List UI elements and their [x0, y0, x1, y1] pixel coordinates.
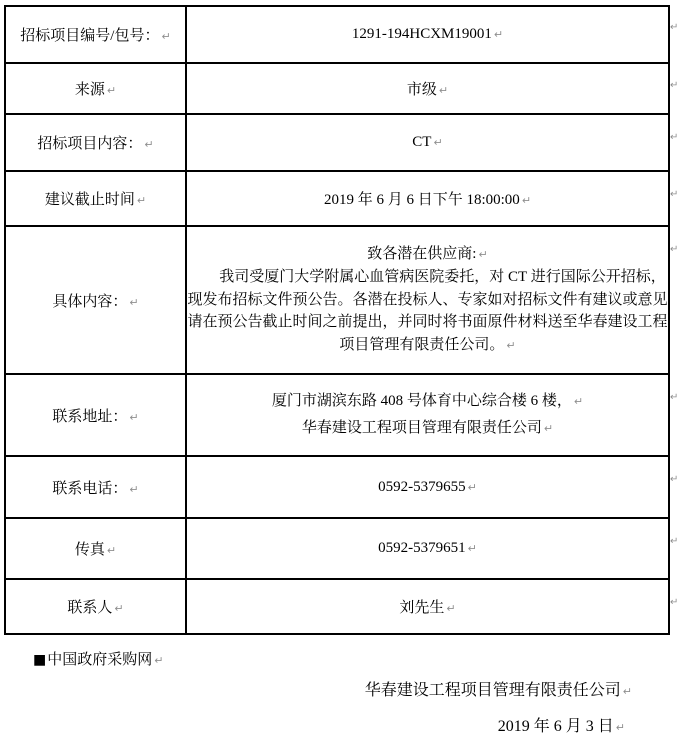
row-end-mark-icon: ↵: [670, 536, 677, 547]
row-label: 招标项目编号/包号：: [20, 28, 159, 44]
paragraph-mark-icon: ↵: [544, 422, 553, 435]
content-intro-line: 致各潜在供应商:↵: [187, 243, 668, 267]
paragraph-mark-icon: ↵: [137, 194, 146, 207]
row-label: 来源: [75, 82, 105, 98]
content-body-line: 我司受厦门大学附属心血管病医院委托，对 CT 进行国际公开招标，现发布招标文件预…: [187, 266, 668, 357]
paragraph-mark-icon: ↵: [107, 84, 116, 97]
publish-date: 2019 年 6 月 3 日: [498, 718, 614, 735]
row-end-mark-icon: ↵: [670, 189, 677, 200]
value-cell: 2019 年 6 月 6 日下午 18:00:00↵: [186, 171, 669, 226]
value-cell: 0592-5379655↵: [186, 456, 669, 518]
paragraph-mark-icon: ↵: [522, 194, 531, 207]
paragraph-mark-icon: ↵: [161, 30, 170, 43]
row-value: 刘先生: [399, 600, 444, 616]
document-page: 招标项目编号/包号：↵ 1291-194HCXM19001↵ 来源↵ 市级↵ 招…: [0, 0, 677, 743]
table-row: 来源↵ 市级↵: [5, 63, 669, 114]
label-cell: 传真↵: [5, 518, 186, 579]
row-end-mark-icon: ↵: [670, 22, 677, 33]
label-cell: 招标项目内容：↵: [5, 114, 186, 171]
tender-info-table: 招标项目编号/包号：↵ 1291-194HCXM19001↵ 来源↵ 市级↵ 招…: [4, 5, 670, 635]
label-cell: 来源↵: [5, 63, 186, 114]
paragraph-mark-icon: ↵: [129, 483, 138, 496]
address-line-2: 华春建设工程项目管理有限责任公司↵: [187, 415, 668, 442]
paragraph-mark-icon: ↵: [494, 28, 503, 41]
value-cell: 1291-194HCXM19001↵: [186, 6, 669, 63]
table-row: 建议截止时间↵ 2019 年 6 月 6 日下午 18:00:00↵: [5, 171, 669, 226]
content-intro: 致各潜在供应商:: [367, 246, 476, 262]
value-cell: 市级↵: [186, 63, 669, 114]
row-label: 建议截止时间: [45, 192, 135, 208]
label-cell: 联系地址：↵: [5, 374, 186, 456]
value-cell: 0592-5379651↵: [186, 518, 669, 579]
paragraph-mark-icon: ↵: [574, 395, 583, 408]
table-row: 联系人↵ 刘先生↵: [5, 579, 669, 634]
paragraph-mark-icon: ↵: [154, 654, 163, 667]
company-name: 华春建设工程项目管理有限责任公司: [365, 682, 621, 699]
table-row: 具体内容：↵ 致各潜在供应商:↵ 我司受厦门大学附属心血管病医院委托，对 CT …: [5, 226, 669, 374]
label-cell: 联系人↵: [5, 579, 186, 634]
paragraph-mark-icon: ↵: [478, 248, 487, 261]
row-end-mark-icon: ↵: [670, 392, 677, 403]
row-end-mark-icon: ↵: [670, 474, 677, 485]
source-site-name: 中国政府采购网: [47, 652, 152, 668]
row-value: 市级: [407, 82, 437, 98]
label-cell: 招标项目编号/包号：↵: [5, 6, 186, 63]
row-value: 1291-194HCXM19001: [352, 26, 492, 42]
row-value: 0592-5379651: [378, 540, 466, 556]
table-row: 联系地址：↵ 厦门市湖滨东路 408 号体育中心综合楼 6 楼，↵ 华春建设工程…: [5, 374, 669, 456]
paragraph-mark-icon: ↵: [129, 296, 138, 309]
row-label: 联系地址：: [52, 409, 127, 425]
paragraph-mark-icon: ↵: [433, 136, 442, 149]
square-bullet-icon: ■: [33, 652, 46, 668]
footer-company-line: 华春建设工程项目管理有限责任公司↵: [365, 677, 632, 700]
row-label: 具体内容：: [52, 294, 127, 310]
paragraph-mark-icon: ↵: [623, 685, 632, 698]
table-row: 传真↵ 0592-5379651↵: [5, 518, 669, 579]
table-row: 联系电话：↵ 0592-5379655↵: [5, 456, 669, 518]
footer-source-line: ■中国政府采购网↵: [33, 648, 163, 669]
paragraph-mark-icon: ↵: [446, 602, 455, 615]
row-end-mark-icon: ↵: [670, 244, 677, 255]
row-label: 联系电话：: [52, 481, 127, 497]
paragraph-mark-icon: ↵: [439, 84, 448, 97]
paragraph-mark-icon: ↵: [144, 138, 153, 151]
paragraph-mark-icon: ↵: [114, 602, 123, 615]
row-label: 招标项目内容：: [37, 136, 142, 152]
label-cell: 建议截止时间↵: [5, 171, 186, 226]
value-cell: 致各潜在供应商:↵ 我司受厦门大学附属心血管病医院委托，对 CT 进行国际公开招…: [186, 226, 669, 374]
paragraph-mark-icon: ↵: [468, 481, 477, 494]
address-line-1: 厦门市湖滨东路 408 号体育中心综合楼 6 楼，↵: [187, 388, 668, 415]
label-cell: 具体内容：↵: [5, 226, 186, 374]
row-value: 2019 年 6 月 6 日下午 18:00:00: [324, 192, 520, 208]
label-cell: 联系电话：↵: [5, 456, 186, 518]
row-label: 传真: [75, 542, 105, 558]
table-row: 招标项目编号/包号：↵ 1291-194HCXM19001↵: [5, 6, 669, 63]
paragraph-mark-icon: ↵: [468, 542, 477, 555]
paragraph-mark-icon: ↵: [107, 544, 116, 557]
paragraph-mark-icon: ↵: [506, 339, 515, 352]
value-cell: CT↵: [186, 114, 669, 171]
row-end-mark-icon: ↵: [670, 132, 677, 143]
row-end-mark-icon: ↵: [670, 80, 677, 91]
footer-date-line: 2019 年 6 月 3 日↵: [498, 713, 625, 736]
row-value: 0592-5379655: [378, 479, 466, 495]
row-label: 联系人: [67, 600, 112, 616]
content-body: 我司受厦门大学附属心血管病医院委托，对 CT 进行国际公开招标，现发布招标文件预…: [187, 269, 667, 353]
paragraph-mark-icon: ↵: [129, 411, 138, 424]
row-value: CT: [412, 134, 431, 150]
row-end-mark-icon: ↵: [670, 597, 677, 608]
paragraph-mark-icon: ↵: [616, 721, 625, 734]
value-cell: 厦门市湖滨东路 408 号体育中心综合楼 6 楼，↵ 华春建设工程项目管理有限责…: [186, 374, 669, 456]
table-row: 招标项目内容：↵ CT↵: [5, 114, 669, 171]
value-cell: 刘先生↵: [186, 579, 669, 634]
